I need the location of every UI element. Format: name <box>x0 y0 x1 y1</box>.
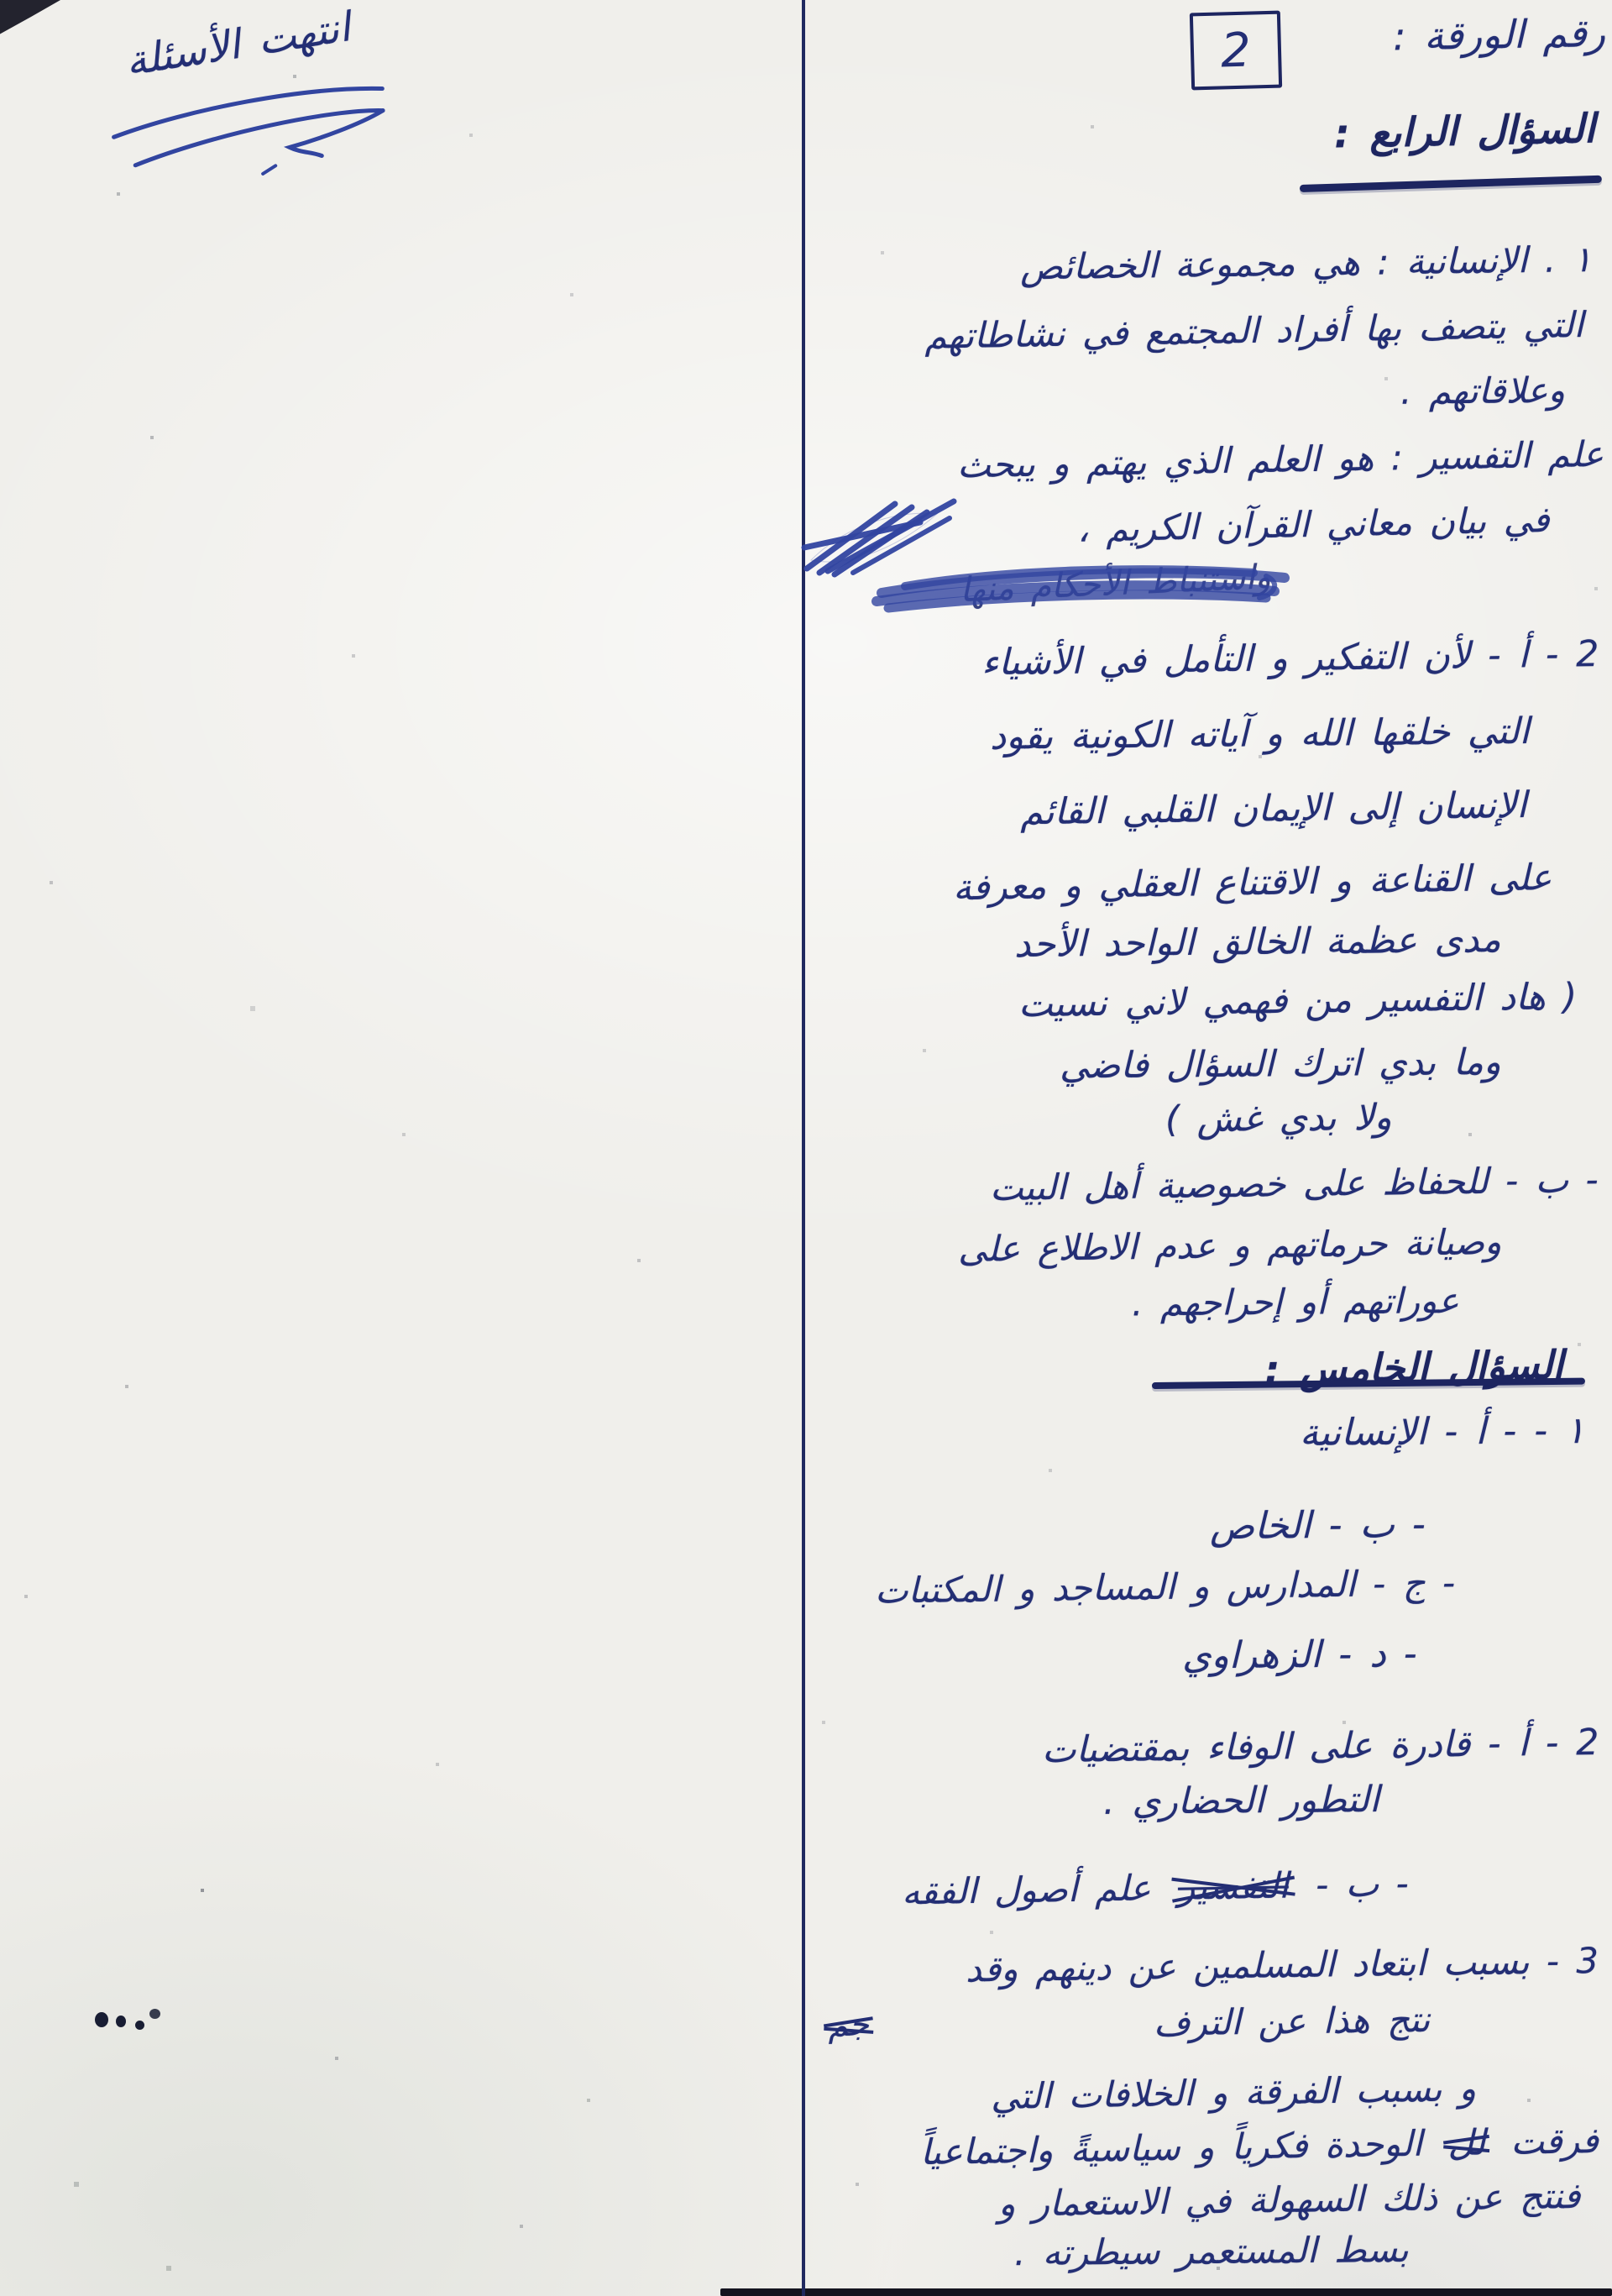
question4-underline <box>1300 176 1602 192</box>
q5-a1-item-a: ١ - - أ - الإنسانية <box>1300 1409 1585 1455</box>
q4-a2b-line-1: - ب - للحفاظ على خصوصية أهل البيت <box>990 1159 1599 1208</box>
q5-a3-line-2: نتج هذا عن الترف <box>1153 1999 1430 2044</box>
paper-number-label: رقم الورقة : <box>1393 10 1606 59</box>
q4-a1-line-2: التي يتصف بها أفراد المجتمع في نشاطاتهم <box>924 304 1584 357</box>
q5-a2b-rest: علم أصول الفقه <box>902 1867 1151 1912</box>
q4-personal-note-line-3: ولا بدي غش ) <box>1165 1097 1392 1140</box>
q5-a2b-prefix: - ب - <box>1316 1863 1409 1905</box>
paper-number-box: 2 <box>1190 11 1282 91</box>
scan-edge-band <box>720 2288 1612 2296</box>
paper-number-value: 2 <box>1220 23 1251 78</box>
q4-a2a-line-4: على القناعة و الاقتناع العقلي و معرفة <box>952 857 1552 909</box>
q5-a3-line-2-struck-word: جم <box>827 2005 869 2044</box>
ink-dot <box>135 2021 144 2030</box>
paper-smudge <box>0 0 60 37</box>
q5-a3-line-4: فرقت لل الوحدة فكرياً و سياسيةً واجتماعي… <box>920 2120 1599 2173</box>
q4-a2a-line-5: مدى عظمة الخالق الواحد الأحد <box>1014 919 1501 966</box>
q5-a1-item-d: - د - الزهراوي <box>1182 1633 1417 1677</box>
margin-line <box>802 0 805 2296</box>
q4-tafsir-line-1: علم التفسير : هو العلم الذي يهتم و يبحث <box>957 433 1604 485</box>
q5-a1-item-c: - ج - المدارس و المساجد و المكتبات <box>875 1562 1456 1612</box>
q5-a3-line-4-struck: لل <box>1447 2121 1485 2163</box>
q5-a3-line-6: بسط المستعمر سيطرته . <box>1014 2229 1409 2273</box>
q5-a2a-line-2: التطور الحضاري . <box>1103 1779 1379 1823</box>
q5-a2a-line-1: 2 - أ - قادرة على الوفاء بمقتضيات <box>1041 1722 1599 1771</box>
q4-personal-note-line-2: وما بدي اترك السؤال فاضي <box>1060 1041 1501 1088</box>
q4-tafsir-line-2: في بيان معاني القرآن الكريم ، <box>1077 499 1550 550</box>
q5-a3-line-3: و بسبب الفرقة و الخلافات التي <box>991 2068 1477 2117</box>
q5-a2b-struck-word: التفسير <box>1178 1864 1290 1907</box>
note-flourish <box>102 66 401 200</box>
q4-a1-line-1: ١ . الإنسانية : هي مجموعة الخصائص <box>1020 239 1593 288</box>
q4-a2a-line-1: 2 - أ - لأن التفكير و التأمل في الأشياء <box>981 633 1599 684</box>
q5-a2b-line: - ب - التفسير علم أصول الفقه <box>902 1863 1409 1913</box>
strike-scribble <box>871 544 1291 621</box>
ink-dot <box>95 2012 108 2027</box>
scanned-answer-sheet: انتهت الأسئلة رقم الورقة : 2 السؤال الرا… <box>0 0 1612 2296</box>
ink-dot <box>116 2016 126 2027</box>
q4-a2a-line-2: التي خلقها الله و آياته الكونية يقود <box>990 710 1530 758</box>
q5-a3-line-4-rest: الوحدة فكرياً و سياسيةً واجتماعياً <box>920 2123 1423 2173</box>
q4-a2a-line-3: الإنسان إلى الإيمان القلبي القائم <box>1019 784 1526 833</box>
q5-a1-item-b: - ب - الخاص <box>1210 1503 1426 1548</box>
q4-a2b-line-3: عوراتهم أو إحراجهم . <box>1132 1280 1459 1324</box>
question4-title: السؤال الرابع : <box>1334 106 1596 157</box>
q4-a2b-line-2: وصيانة حرماتهم و عدم الاطلاع على <box>957 1221 1501 1270</box>
q5-a3-line-5: فنتج عن ذلك السهولة في الاستعمار و <box>997 2175 1580 2225</box>
q5-a3-line-1: 3 - بسبب ابتعاد المسلمين عن دينهم وقد <box>966 1940 1599 1990</box>
q4-personal-note-line-1: ( هاد التفسير من فهمي لاني نسيت <box>1018 976 1577 1025</box>
q4-a1-line-3: وعلاقاتهم . <box>1400 370 1565 412</box>
q5-a3-line-4-pre: فرقت <box>1510 2120 1599 2162</box>
ink-dot <box>149 2009 160 2019</box>
